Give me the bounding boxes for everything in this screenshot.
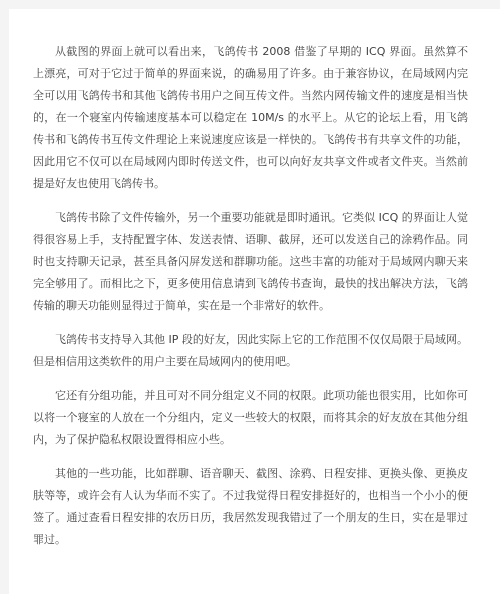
article-paragraph-5: 其他的一些功能，比如群聊、语音聊天、截图、涂鸦、日程安排、更换头像、更换皮肤等等… bbox=[33, 463, 468, 551]
article-paragraph-1: 从截图的界面上就可以看出来，飞鸽传书 2008 借鉴了早期的 ICQ 界面。虽然… bbox=[33, 41, 468, 195]
article-paragraph-2: 飞鸽传书除了文件传输外，另一个重要功能就是即时通讯。它类似 ICQ 的界面让人觉… bbox=[33, 207, 468, 317]
document-page: 从截图的界面上就可以看出来，飞鸽传书 2008 借鉴了早期的 ICQ 界面。虽然… bbox=[9, 9, 500, 594]
article-body: 从截图的界面上就可以看出来，飞鸽传书 2008 借鉴了早期的 ICQ 界面。虽然… bbox=[33, 41, 468, 563]
article-paragraph-4: 它还有分组功能，并且可对不同分组定义不同的权限。此项功能也很实用，比如你可以将一… bbox=[33, 385, 468, 451]
article-paragraph-3: 飞鸽传书支持导入其他 IP 段的好友，因此实际上它的工作范围不仅仅局限于局域网。… bbox=[33, 329, 468, 373]
